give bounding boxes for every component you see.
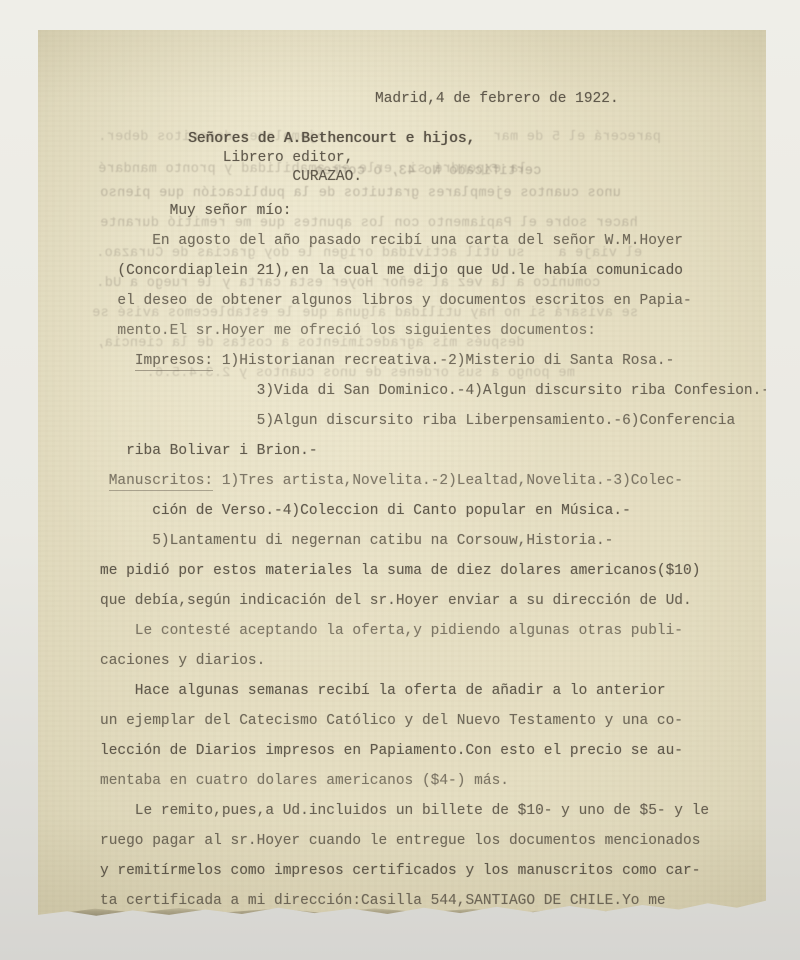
body-line: Muy señor mío: [100, 196, 740, 226]
body-line: En agosto del año pasado recibí una cart… [100, 226, 740, 256]
body-line: 5)Lantamentu di negernan catibu na Corso… [100, 526, 740, 556]
body-line: que debía,según indicación del sr.Hoyer … [100, 586, 740, 616]
body-line: ruego pagar al sr.Hoyer cuando le entreg… [100, 826, 740, 856]
body-line: Le contesté aceptando la oferta,y pidien… [100, 616, 740, 646]
body-line: ción de Verso.-4)Coleccion di Canto popu… [100, 496, 740, 526]
underlined-heading: Manuscritos: [109, 473, 213, 491]
body-line: ta certificada a mi dirección:Casilla 54… [100, 886, 740, 916]
body-line: lección de Diarios impresos en Papiament… [100, 736, 740, 766]
letter-body: Muy señor mío: En agosto del año pasado … [100, 196, 740, 916]
recipient-block: Señores de A.Bethencourt e hijos, Librer… [188, 130, 475, 187]
recipient-line: Librero editor, [188, 149, 475, 168]
scan-background: parecerá el 5 de mar ejemplares descrito… [0, 0, 800, 960]
body-line: 5)Algun discursito riba Liberpensamiento… [100, 406, 740, 436]
body-line: (Concordiaplein 21),en la cual me dijo q… [100, 256, 740, 286]
body-line: Manuscritos: 1)Tres artista,Novelita.-2)… [100, 466, 740, 496]
body-line: Hace algunas semanas recibí la oferta de… [100, 676, 740, 706]
recipient-line: Señores de A.Bethencourt e hijos, [188, 130, 475, 149]
body-line: me pidió por estos materiales la suma de… [100, 556, 740, 586]
letter-paper: parecerá el 5 de mar ejemplares descrito… [38, 30, 766, 922]
body-line: caciones y diarios. [100, 646, 740, 676]
recipient-line: CURAZAO. [188, 168, 475, 187]
body-line: el deseo de obtener algunos libros y doc… [100, 286, 740, 316]
underlined-heading: Impresos: [135, 353, 213, 371]
body-line: riba Bolivar i Brion.- [100, 436, 740, 466]
dateline: Madrid,4 de febrero de 1922. [375, 90, 619, 108]
body-line: 3)Vida di San Dominico.-4)Algun discursi… [100, 376, 740, 406]
body-line: un ejemplar del Catecismo Católico y del… [100, 706, 740, 736]
body-line: mentaba en cuatro dolares americanos ($4… [100, 766, 740, 796]
body-line: y remitírmelos como impresos certificado… [100, 856, 740, 886]
body-line: Impresos: 1)Historianan recreativa.-2)Mi… [100, 346, 740, 376]
body-line: mento.El sr.Hoyer me ofreció los siguien… [100, 316, 740, 346]
body-line: Le remito,pues,a Ud.incluidos un billete… [100, 796, 740, 826]
